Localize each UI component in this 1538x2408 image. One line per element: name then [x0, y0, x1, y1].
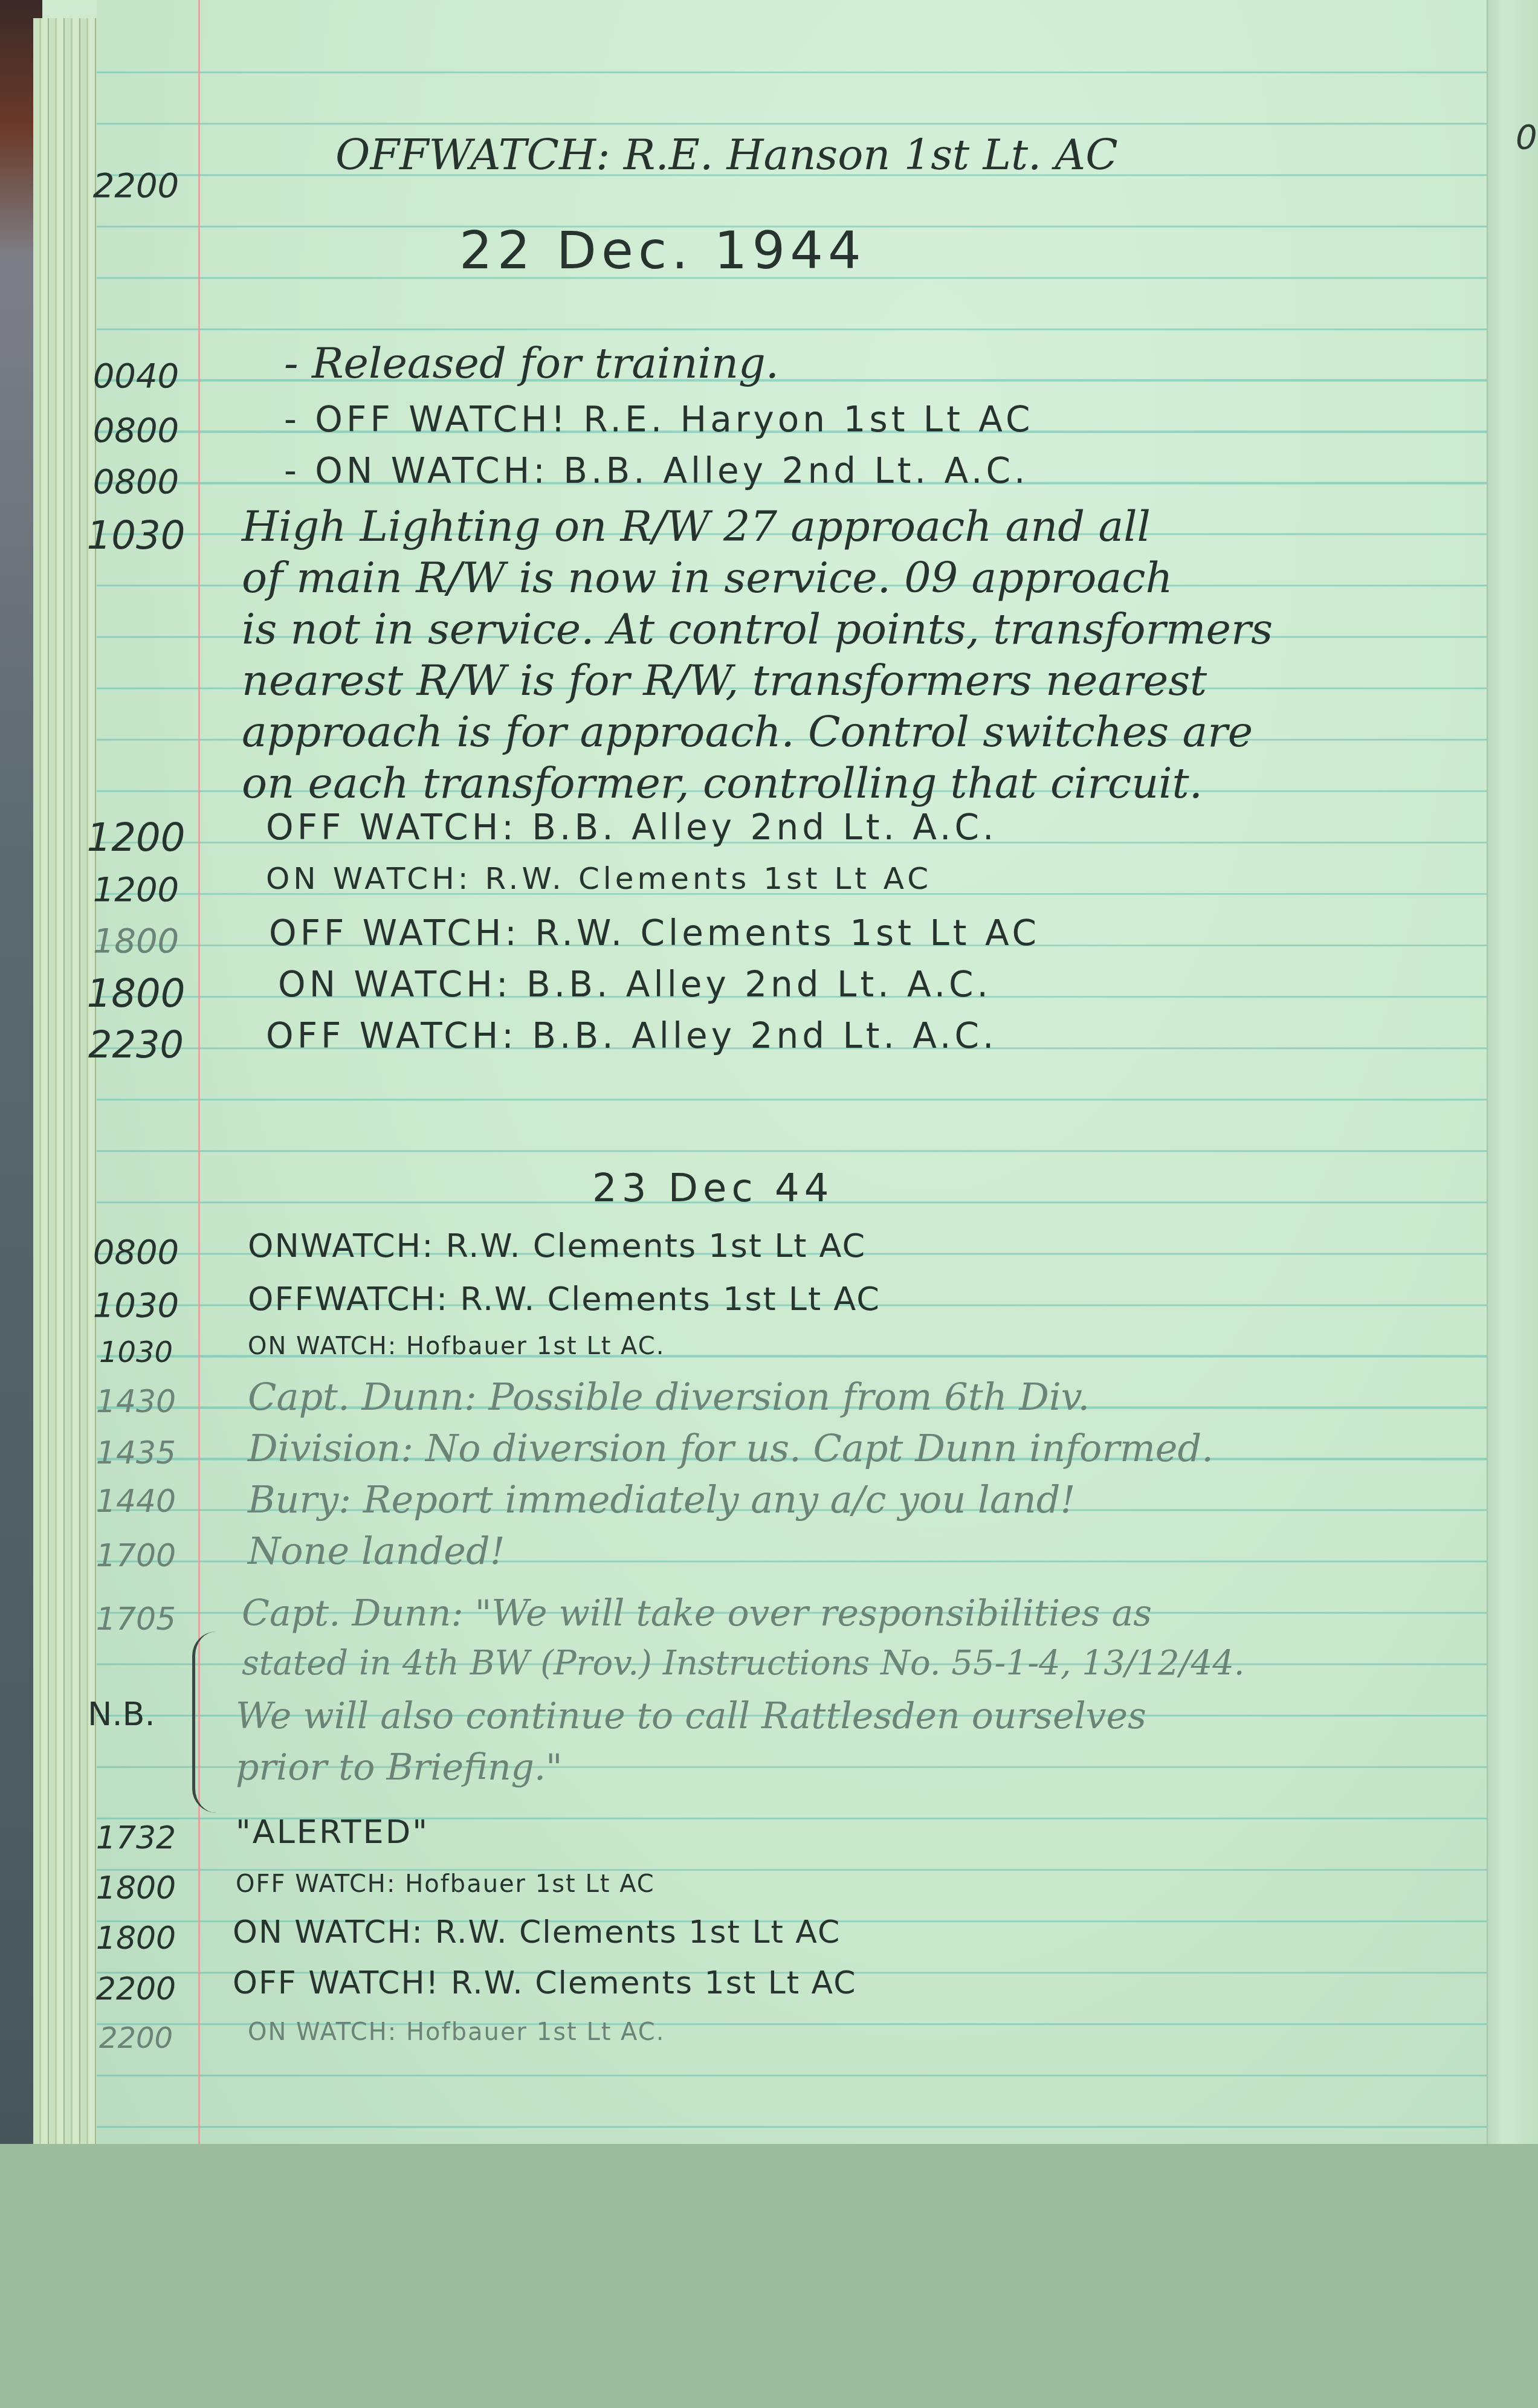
entry-time: 1430	[73, 1384, 199, 1420]
entry-text-line: approach is for approach. Control switch…	[242, 707, 1253, 757]
entry-time: 2200	[73, 166, 199, 205]
entry-text: OFFWATCH: R.W. Clements 1st Lt AC	[248, 1280, 880, 1318]
entry-time: 0800	[73, 1233, 199, 1272]
entry-text-line: is not in service. At control points, tr…	[242, 604, 1273, 654]
entry-time: 1200	[73, 870, 199, 909]
entry-time: 1800	[73, 972, 199, 1016]
date-heading: 23 Dec 44	[592, 1166, 833, 1211]
entry-time: 1200	[73, 816, 199, 860]
facing-page-text: 07	[1516, 118, 1538, 157]
entry-text: ONWATCH: R.W. Clements 1st Lt AC	[248, 1227, 866, 1265]
entry-time: 1800	[73, 1870, 199, 1906]
entry-time: 2200	[73, 2021, 199, 2055]
entry-text-line: High Lighting on R/W 27 approach and all	[242, 502, 1151, 551]
entry-text: None landed!	[248, 1529, 505, 1573]
entry-text: ON WATCH: R.W. Clements 1st Lt AC	[233, 1914, 841, 1951]
entry-time: 1435	[73, 1435, 199, 1471]
entry-text-line: stated in 4th BW (Prov.) Instructions No…	[242, 1644, 1245, 1683]
entry-text-line: nearest R/W is for R/W, transformers nea…	[242, 656, 1207, 705]
entry-time: 1705	[73, 1601, 199, 1638]
entry-time: 1800	[73, 922, 199, 961]
entry-time: 0800	[73, 411, 199, 450]
entry-text: - Released for training.	[284, 338, 779, 388]
entry-text: OFFWATCH: R.E. Hanson 1st Lt. AC	[335, 130, 1118, 179]
entry-text: ON WATCH: R.W. Clements 1st Lt AC	[266, 861, 932, 896]
empty-fill-area	[0, 2144, 1538, 2408]
entry-text-line: on each transformer, controlling that ci…	[242, 758, 1203, 808]
entry-time: 1030	[73, 1286, 199, 1325]
entry-time: 1030	[73, 514, 199, 558]
entry-time: 2200	[73, 1971, 199, 2007]
entry-time: 1440	[73, 1483, 199, 1520]
margin-note: N.B.	[88, 1695, 155, 1733]
entry-text: OFF WATCH: B.B. Alley 2nd Lt. A.C.	[266, 807, 997, 848]
entry-text: OFF WATCH: B.B. Alley 2nd Lt. A.C.	[266, 1015, 997, 1056]
entry-time: 0800	[73, 462, 199, 502]
facing-page-edge	[1487, 0, 1538, 2144]
entry-time: 1700	[73, 1538, 199, 1574]
entry-text: OFF WATCH: Hofbauer 1st Lt AC	[236, 1870, 655, 1898]
entry-text: ON WATCH: Hofbauer 1st Lt AC.	[248, 1332, 665, 1360]
entry-time: 0040	[73, 357, 199, 396]
entry-text-line: We will also continue to call Rattlesden…	[236, 1695, 1146, 1737]
date-heading: 22 Dec. 1944	[459, 221, 866, 281]
entry-text-line: of main R/W is now in service. 09 approa…	[242, 553, 1172, 602]
entry-time: 2230	[73, 1022, 199, 1067]
entry-text: OFF WATCH: R.W. Clements 1st Lt AC	[269, 912, 1040, 954]
entry-text: Division: No diversion for us. Capt Dunn…	[248, 1426, 1213, 1470]
entry-text: "ALERTED"	[236, 1813, 429, 1851]
entry-text: ON WATCH: B.B. Alley 2nd Lt. A.C.	[278, 964, 992, 1005]
entry-text-line: Capt. Dunn: "We will take over responsib…	[242, 1592, 1152, 1635]
entry-text: OFF WATCH! R.W. Clements 1st Lt AC	[233, 1965, 857, 2001]
logbook-photo: 07 2200 OFFWATCH: R.E. Hanson 1st Lt. AC…	[0, 0, 1538, 2144]
entry-text: Capt. Dunn: Possible diversion from 6th …	[248, 1375, 1090, 1419]
entry-time: 1030	[73, 1335, 199, 1369]
entry-time: 1800	[73, 1920, 199, 1957]
margin-brace	[192, 1632, 219, 1813]
entry-text-line: prior to Briefing."	[236, 1746, 563, 1789]
entry-text: - OFF WATCH! R.E. Haryon 1st Lt AC	[284, 399, 1034, 440]
entry-text: ON WATCH: Hofbauer 1st Lt AC.	[248, 2018, 665, 2046]
entry-time: 1732	[73, 1820, 199, 1856]
entry-text: Bury: Report immediately any a/c you lan…	[248, 1477, 1075, 1522]
entry-text: - ON WATCH: B.B. Alley 2nd Lt. A.C.	[284, 450, 1029, 491]
